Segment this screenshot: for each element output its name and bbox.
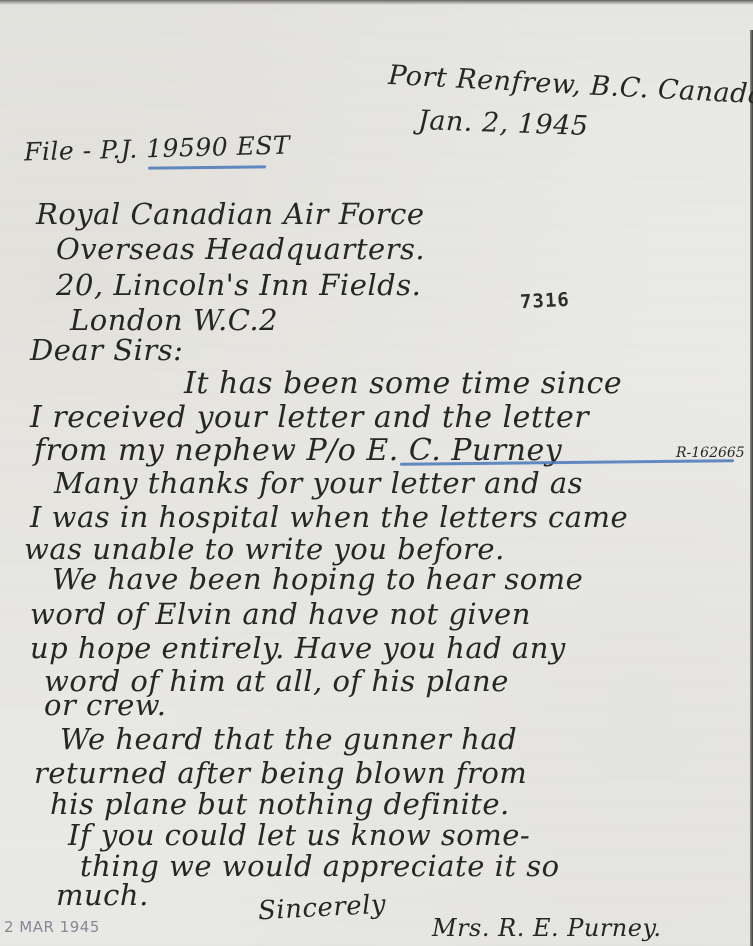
salutation: Dear Sirs:	[30, 333, 183, 367]
body-line-5: I was in hospital when the letters came	[30, 500, 628, 534]
registry-number: 7316	[519, 289, 570, 314]
body-line-6: was unable to write you before.	[24, 532, 505, 566]
body-line-4: Many thanks for your letter and as	[54, 466, 583, 500]
body-line-15: If you could let us know some-	[68, 818, 530, 852]
file-reference: File - P.J. 19590 EST	[24, 131, 291, 167]
received-date-stamp: 2 MAR 1945	[4, 918, 100, 936]
recipient-line-4: London W.C.2	[70, 303, 278, 337]
signature: Mrs. R. E. Purney.	[432, 914, 661, 942]
letter-date: Jan. 2, 1945	[418, 105, 590, 142]
body-line-2: I received your letter and the letter	[30, 400, 589, 435]
body-line-1: It has been some time since	[184, 366, 622, 401]
body-line-11: or crew.	[44, 688, 166, 722]
recipient-line-3: 20, Lincoln's Inn Fields.	[56, 268, 421, 302]
body-line-8: word of Elvin and have not given	[30, 597, 531, 631]
body-line-13: returned after being blown from	[34, 756, 527, 790]
file-reference-underline	[148, 165, 266, 169]
body-line-9: up hope entirely. Have you had any	[30, 631, 566, 665]
valediction: Sincerely	[257, 890, 387, 927]
recipient-line-1: Royal Canadian Air Force	[36, 197, 425, 231]
letter-page: Port Renfrew, B.C. Canada. Jan. 2, 1945 …	[0, 0, 753, 946]
recipient-line-2: Overseas Headquarters.	[56, 232, 425, 266]
body-line-14: his plane but nothing definite.	[50, 787, 510, 821]
body-line-16: thing we would appreciate it so	[80, 849, 560, 883]
letter-place: Port Renfrew, B.C. Canada.	[387, 60, 753, 111]
body-line-17: much.	[56, 878, 149, 912]
body-line-12: We heard that the gunner had	[60, 722, 517, 756]
body-line-7: We have been hoping to hear some	[52, 562, 583, 596]
